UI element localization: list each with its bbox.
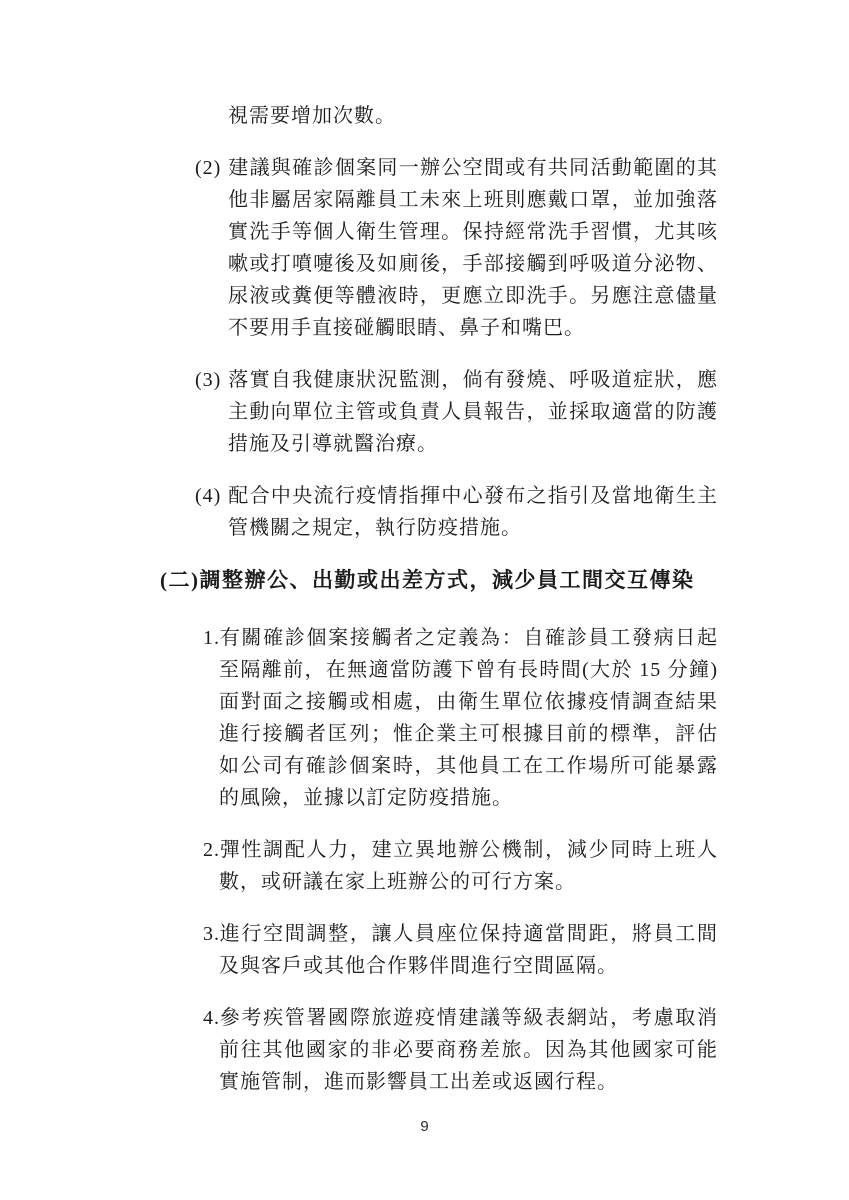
document-page: 視需要增加次數。 (2)建議與確診個案同一辦公空間或有共同活動範圍的其他非屬居家… — [0, 0, 849, 1200]
list-marker: 1. — [203, 622, 219, 654]
list-item-text: 配合中央流行疫情指揮中心發布之指引及當地衛生主管機關之規定，執行防疫措施。 — [228, 485, 718, 539]
list-item-paren-4: (4)配合中央流行疫情指揮中心發布之指引及當地衛生主管機關之規定，執行防疫措施。 — [228, 480, 718, 544]
list-marker: 3. — [203, 918, 219, 950]
list-marker: 2. — [203, 834, 219, 866]
list-item-text: 進行空間調整，讓人員座位保持適當間距，將員工間及與客戶或其他合作夥伴間進行空間區… — [219, 923, 718, 977]
list-item-paren-3: (3)落實自我健康狀況監測，倘有發燒、呼吸道症狀，應主動向單位主管或負責人員報告… — [228, 364, 718, 460]
list-item-paren-2: (2)建議與確診個案同一辦公空間或有共同活動範圍的其他非屬居家隔離員工未來上班則… — [228, 152, 718, 344]
list-item-num-4: 4.參考疾管署國際旅遊疫情建議等級表網站，考慮取消前往其他國家的非必要商務差旅。… — [219, 1002, 718, 1098]
list-item-text: 有關確診個案接觸者之定義為：自確診員工發病日起至隔離前，在無適當防護下曾有長時間… — [219, 627, 718, 809]
list-item-num-1: 1.有關確診個案接觸者之定義為：自確診員工發病日起至隔離前，在無適當防護下曾有長… — [219, 622, 718, 814]
list-item-num-2: 2.彈性調配人力，建立異地辦公機制，減少同時上班人數，或研議在家上班辦公的可行方… — [219, 834, 718, 898]
section-heading: (二)調整辦公、出勤或出差方式，減少員工間交互傳染 — [160, 564, 718, 596]
document-body: 視需要增加次數。 (2)建議與確診個案同一辦公空間或有共同活動範圍的其他非屬居家… — [150, 0, 718, 1118]
list-marker: 4. — [203, 1002, 219, 1034]
paragraph-continuation: 視需要增加次數。 — [228, 100, 718, 132]
list-item-text: 彈性調配人力，建立異地辦公機制，減少同時上班人數，或研議在家上班辦公的可行方案。 — [219, 839, 718, 893]
list-marker: (4) — [195, 480, 228, 512]
list-item-text: 落實自我健康狀況監測，倘有發燒、呼吸道症狀，應主動向單位主管或負責人員報告，並採… — [228, 369, 718, 455]
list-marker: (3) — [195, 364, 228, 396]
page-number: 9 — [0, 1118, 849, 1135]
list-item-text: 參考疾管署國際旅遊疫情建議等級表網站，考慮取消前往其他國家的非必要商務差旅。因為… — [219, 1007, 718, 1093]
list-item-text: 建議與確診個案同一辦公空間或有共同活動範圍的其他非屬居家隔離員工未來上班則應戴口… — [228, 157, 718, 339]
list-marker: (2) — [195, 152, 228, 184]
list-item-num-3: 3.進行空間調整，讓人員座位保持適當間距，將員工間及與客戶或其他合作夥伴間進行空… — [219, 918, 718, 982]
